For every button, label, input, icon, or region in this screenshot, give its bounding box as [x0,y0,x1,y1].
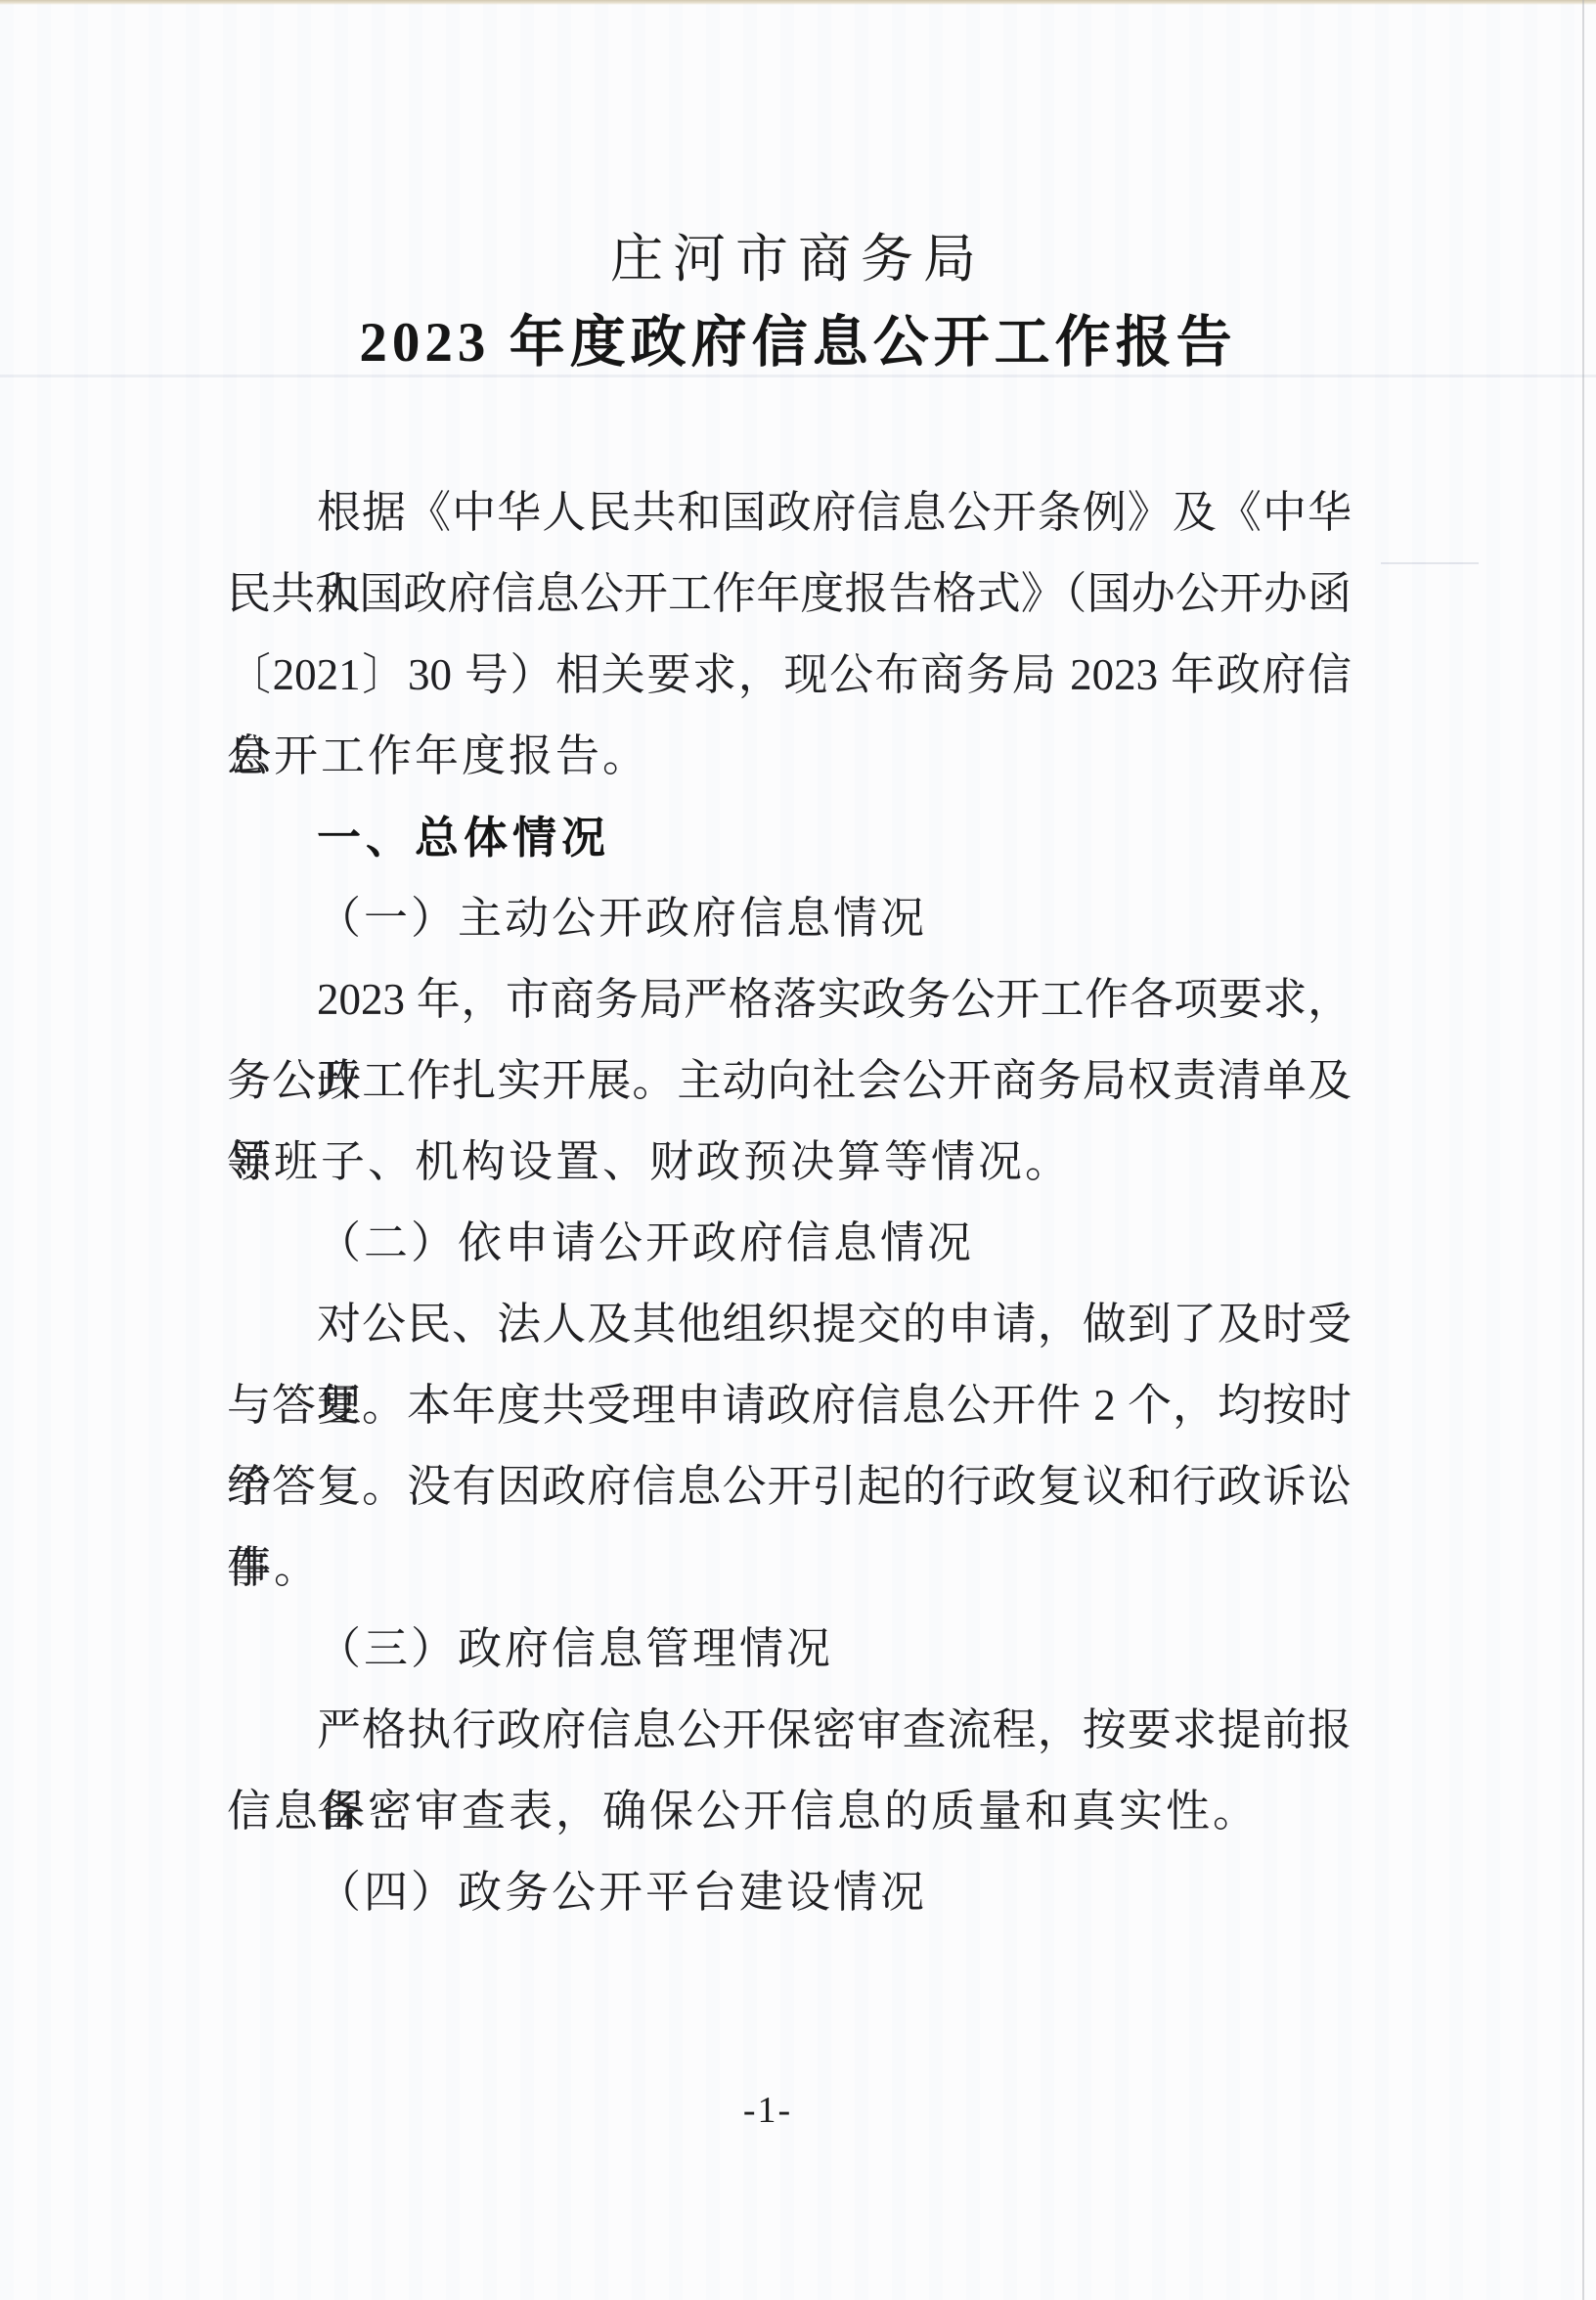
page-number: -1- [0,2089,1535,2132]
section-heading: 一、总体情况 [227,797,1352,878]
text-line: 信息保密审查表，确保公开信息的质量和真实性。 [227,1771,1352,1852]
scan-streak-small-artifact [1381,562,1479,564]
text-line: 〔2021〕30 号）相关要求，现公布商务局 2023 年政府信息 [227,635,1352,716]
text-line: 民共和国政府信息公开工作年度报告格式》（国办公开办函 [227,553,1352,635]
text-line: 2023 年，市商务局严格落实政务公开工作各项要求，政 [227,959,1352,1040]
text-line: （一）主动公开政府信息情况 [227,878,1352,959]
document-body: 根据《中华人民共和国政府信息公开条例》及《中华人民共和国政府信息公开工作年度报告… [227,472,1352,1933]
text-line: 根据《中华人民共和国政府信息公开条例》及《中华人 [227,472,1352,553]
scanned-page: 庄河市商务局 2023 年度政府信息公开工作报告 根据《中华人民共和国政府信息公… [0,0,1596,2300]
text-line: （二）依申请公开政府信息情况 [227,1203,1352,1284]
scan-top-edge-artifact [0,0,1596,5]
text-line: 与答复。本年度共受理申请政府信息公开件 2 个，均按时给 [227,1365,1352,1446]
text-line: 严格执行政府信息公开保密审查流程，按要求提前报备 [227,1690,1352,1771]
text-line: 对公民、法人及其他组织提交的申请，做到了及时受理 [227,1284,1352,1365]
text-line: 件。 [227,1527,1352,1609]
text-line: （三）政府信息管理情况 [227,1609,1352,1690]
text-line: （四）政务公开平台建设情况 [227,1852,1352,1933]
text-line: 公开工作年度报告。 [227,716,1352,797]
text-line: 导班子、机构设置、财政预决算等情况。 [227,1122,1352,1203]
doc-title-line2: 2023 年度政府信息公开工作报告 [0,297,1596,377]
text-line: 予答复。没有因政府信息公开引起的行政复议和行政诉讼事 [227,1446,1352,1527]
doc-title-line1: 庄河市商务局 [0,217,1596,292]
text-line: 务公开工作扎实开展。主动向社会公开商务局权责清单及领 [227,1040,1352,1122]
